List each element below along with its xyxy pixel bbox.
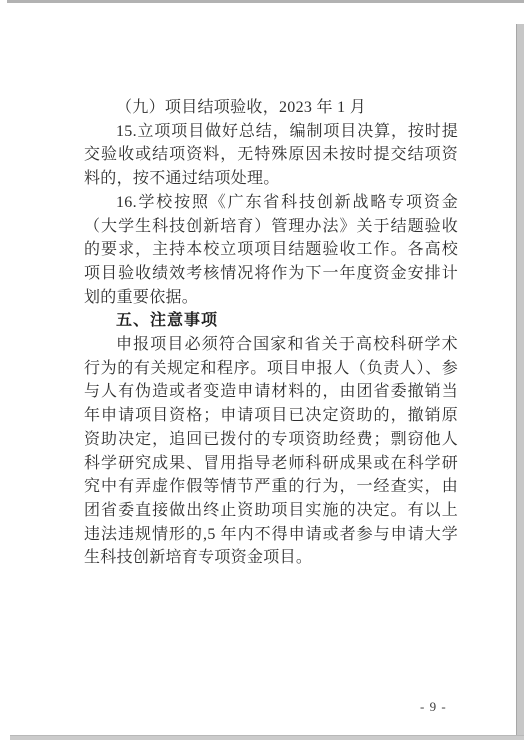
paragraph-project-closing-acceptance: （九）项目结项验收，2023 年 1 月 (84, 96, 458, 120)
paragraph-notes-body: 申报项目必须符合国家和省关于高校科研学术行为的有关规定和程序。项目申报人（负责人… (84, 333, 458, 570)
paragraph-item-16: 16.学校按照《广东省科技创新战略专项资金（大学生科技创新培育）管理办法》关于结… (84, 191, 458, 310)
paragraph-item-15: 15.立项项目做好总结，编制项目决算，按时提交验收或结项资料，无特殊原因未按时提… (84, 120, 458, 191)
page-edge-bottom (10, 735, 524, 740)
document-page: （九）项目结项验收，2023 年 1 月 15.立项项目做好总结，编制项目决算，… (0, 0, 524, 740)
page-edge-right (516, 24, 524, 740)
document-body: （九）项目结项验收，2023 年 1 月 15.立项项目做好总结，编制项目决算，… (84, 96, 458, 570)
section-heading-notes: 五、注意事项 (84, 309, 458, 333)
page-number: - 9 - (420, 699, 447, 715)
page-edge-top (7, 0, 524, 3)
